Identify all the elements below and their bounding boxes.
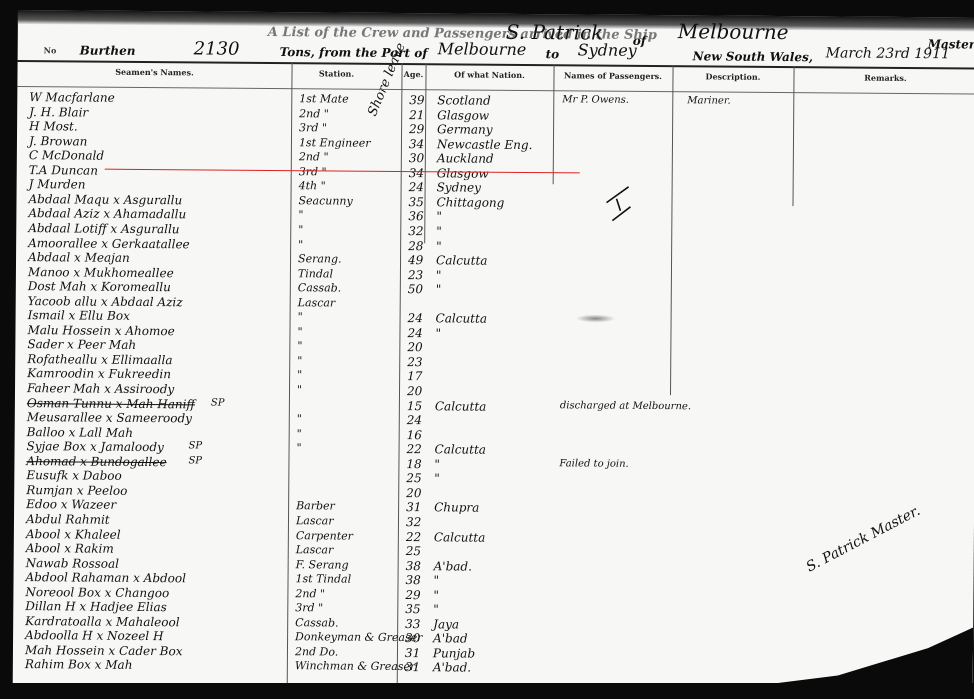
age-cell: 49 [408,253,423,267]
station-cell: " [298,209,303,222]
age-cell: 29 [405,588,420,602]
annotation-mark: SP [189,441,203,452]
seaman-name: H Most. [29,119,78,133]
age-cell: 24 [408,311,423,325]
nation-cell: Punjab [433,646,475,660]
from-port: Melbourne [438,39,527,59]
passenger-cell: Mr P. Owens. [562,94,629,106]
seaman-name: J Murden [29,177,86,191]
seaman-name: Abdul Rahmit [26,512,110,527]
age-cell: 17 [407,370,422,384]
seaman-name: W Macfarlane [29,90,115,105]
column-header-remarks: Remarks. [793,72,974,83]
station-cell: " [298,310,303,323]
nation-cell: " [433,603,439,617]
seaman-name: Ahomad x Bundogallee [26,454,166,469]
nation-cell: " [436,239,442,253]
nation-cell: Chittagong [436,195,504,210]
passenger-cell: Failed to join. [559,458,628,470]
seaman-name: Dillan H x Hadjee Elias [25,599,167,614]
nation-cell: Sydney [437,181,481,195]
column-header-passengers: Names of Passengers. [553,70,672,81]
age-cell: 35 [405,602,420,616]
age-cell: 32 [406,515,421,529]
age-cell: 15 [407,399,422,413]
age-cell: 36 [408,209,423,223]
nation-cell: " [436,224,442,238]
age-cell: 33 [405,617,420,631]
nation-cell: " [436,282,442,296]
nation-cell: Calcutta [436,253,488,267]
seaman-name: Mah Hossein x Cader Box [25,643,183,658]
seaman-name: Syjae Box x Jamaloody [27,439,164,454]
scan-border-bottom [0,683,974,699]
nation-cell: Newcastle Eng. [437,137,533,152]
age-cell: 28 [408,239,423,253]
arrival-date: March 23rd 1911 [826,45,950,62]
nation-cell: " [435,326,441,340]
station-cell: " [297,441,302,454]
station-cell: " [297,383,302,396]
column-header-seamen-names: Seamen's Names. [17,66,291,78]
station-cell: " [297,340,302,353]
seaman-name: Faheer Mah x Assiroody [27,381,174,396]
column-header-description: Description. [672,71,793,82]
seaman-name: Edoo x Wazeer [26,497,116,512]
station-cell: 4th " [299,180,326,193]
seaman-name: Kardratoalla x Mahaleool [25,614,180,629]
seaman-name: Noreool Box x Changoo [25,585,169,600]
age-cell: 22 [407,442,422,456]
seaman-name: T.A Duncan [29,163,98,178]
nation-cell: Calcutta [435,399,487,413]
seaman-name: Rumjan x Peeloo [26,483,127,498]
seaman-name: Manoo x Mukhomeallee [28,265,174,280]
station-cell: Cassab. [295,616,338,629]
age-cell: 24 [407,413,422,427]
age-cell: 21 [409,108,424,122]
tick-mark-icon [604,185,634,225]
seaman-name: Abool x Khaleel [26,527,121,542]
station-cell: Carpenter [296,529,353,542]
age-cell: 35 [408,195,423,209]
nation-cell: " [436,268,442,282]
age-cell: 16 [407,428,422,442]
age-cell: 24 [409,180,424,194]
station-cell: Lascar [298,296,336,309]
station-cell: " [298,238,303,251]
age-cell: 29 [409,122,424,136]
station-cell: Seacunny [298,194,352,207]
nation-cell: " [433,573,439,587]
age-cell: 39 [409,93,424,107]
station-cell: " [298,223,303,236]
station-cell: F. Serang [296,558,349,571]
station-cell: 3rd " [299,121,327,134]
age-cell: 23 [407,355,422,369]
seaman-name: Ismail x Ellu Box [28,308,130,323]
nation-cell: Glasgow [437,166,489,180]
station-cell: 2nd Do. [295,645,338,658]
number-label: No [44,45,57,55]
seaman-name: Abdaal Aziz x Ahamadallu [28,206,186,221]
age-cell: 25 [406,544,421,558]
station-cell: Lascar [296,514,334,527]
seaman-name: Osman Tunnu x Mah Haniff [27,396,195,411]
station-cell: Tindal [298,267,333,280]
station-cell: Winchman & Greaser [295,660,415,674]
annotation-mark: SP [211,397,225,408]
age-cell: 22 [406,530,421,544]
station-cell: " [297,354,302,367]
nation-cell: Calcutta [435,442,487,456]
station-cell: 2nd " [299,107,329,120]
column-header-nation: Of what Nation. [425,69,553,80]
manifest-page: A List of the Crew and Passengers arrive… [13,10,974,698]
seaman-name: Amoorallee x Gerkaatallee [28,236,190,251]
seaman-name: Abdoolla H x Nozeel H [25,628,163,643]
seaman-name: Abdaal x Meajan [28,250,130,265]
station-cell: " [297,412,302,425]
station-cell: " [297,427,302,440]
to-label: to [546,47,560,61]
nation-cell: Glasgow [437,108,489,122]
station-cell: Cassab. [298,281,341,294]
seaman-name: Dost Mah x Koromeallu [28,279,171,294]
station-cell: " [297,325,302,338]
passenger-cell: discharged at Melbourne. [560,400,691,412]
column-header-station: Station. [291,68,381,79]
seaman-name: J. Browan [29,134,88,148]
age-cell: 20 [406,486,421,500]
station-cell: Lascar [296,543,334,556]
age-cell: 25 [406,471,421,485]
age-cell: 23 [408,268,423,282]
nation-cell: " [434,472,440,486]
station-cell: Serang. [298,252,342,265]
age-cell: 32 [408,224,423,238]
seaman-name: Balloo x Lall Mah [27,425,133,440]
nation-cell: Scotland [437,93,490,107]
age-cell: 38 [406,559,421,573]
seaman-name: Meusarallee x Sameeroody [27,410,192,425]
nation-cell: A'bad. [433,661,471,675]
nation-cell: A'bad. [434,559,472,573]
to-port: Sydney [578,40,637,59]
station-cell: 3rd " [299,165,327,178]
seaman-name: Yacoob allu x Abdaal Aziz [28,294,183,309]
nation-cell: Calcutta [436,312,488,326]
column-header-age: Age. [401,69,425,79]
seaman-name: Nawab Rossoal [26,556,119,571]
burthen-label: Burthen [80,43,136,57]
station-cell: Barber [296,500,335,513]
station-cell: 3rd " [295,601,323,614]
age-cell: 20 [407,384,422,398]
annotation-mark: SP [188,455,202,466]
nation-cell: Jaya [433,617,459,631]
nation-cell: Germany [437,122,493,136]
seaman-name: J. H. Blair [29,105,88,119]
station-cell: 1st Tindal [295,572,351,585]
seaman-name: C McDonald [29,148,104,163]
station-cell: 1st Mate [299,92,348,105]
nation-cell: Auckland [437,151,494,165]
seaman-name: Malu Hossein x Ahomoe [27,323,174,338]
age-cell: 31 [405,660,420,674]
nation-cell: Calcutta [434,530,486,544]
station-cell: 1st Engineer [299,136,371,150]
region-label: New South Wales, [693,49,813,64]
age-cell: 50 [408,282,423,296]
age-cell: 34 [409,166,424,180]
seaman-name: Abdaal Lotiff x Asgurallu [28,221,179,236]
nation-cell: " [434,457,440,471]
description-cell: Mariner. [687,95,730,106]
station-cell: Donkeyman & Greaser [295,631,422,645]
seaman-name: Abool x Rakim [26,541,114,556]
seaman-name: Rofatheallu x Ellimaalla [27,352,172,367]
nation-cell: " [433,588,439,602]
seaman-name: Sader x Peer Mah [27,337,136,352]
age-cell: 30 [409,151,424,165]
age-cell: 38 [405,573,420,587]
station-cell: 2nd " [295,587,325,600]
age-cell: 34 [409,137,424,151]
age-cell: 31 [405,646,420,660]
age-cell: 24 [407,326,422,340]
age-cell: 30 [405,631,420,645]
nation-cell: A'bad [433,632,468,646]
seaman-name: Eusufk x Daboo [26,468,121,483]
ink-smudge [576,314,616,322]
burthen-value: 2130 [194,38,240,59]
station-cell: " [297,369,302,382]
nation-cell: " [436,210,442,224]
seaman-name: Abdaal Maqu x Asgurallu [28,192,182,207]
station-cell: 2nd " [299,150,329,163]
home-port: Melbourne [678,19,789,44]
seaman-name: Abdool Rahaman x Abdool [25,570,186,585]
seaman-name: Kamroodin x Fukreedin [27,367,171,382]
age-cell: 18 [406,457,421,471]
seaman-name: Rahim Box x Mah [25,658,133,673]
age-cell: 31 [406,500,421,514]
nation-cell: Chupra [434,501,479,515]
age-cell: 20 [407,340,422,354]
